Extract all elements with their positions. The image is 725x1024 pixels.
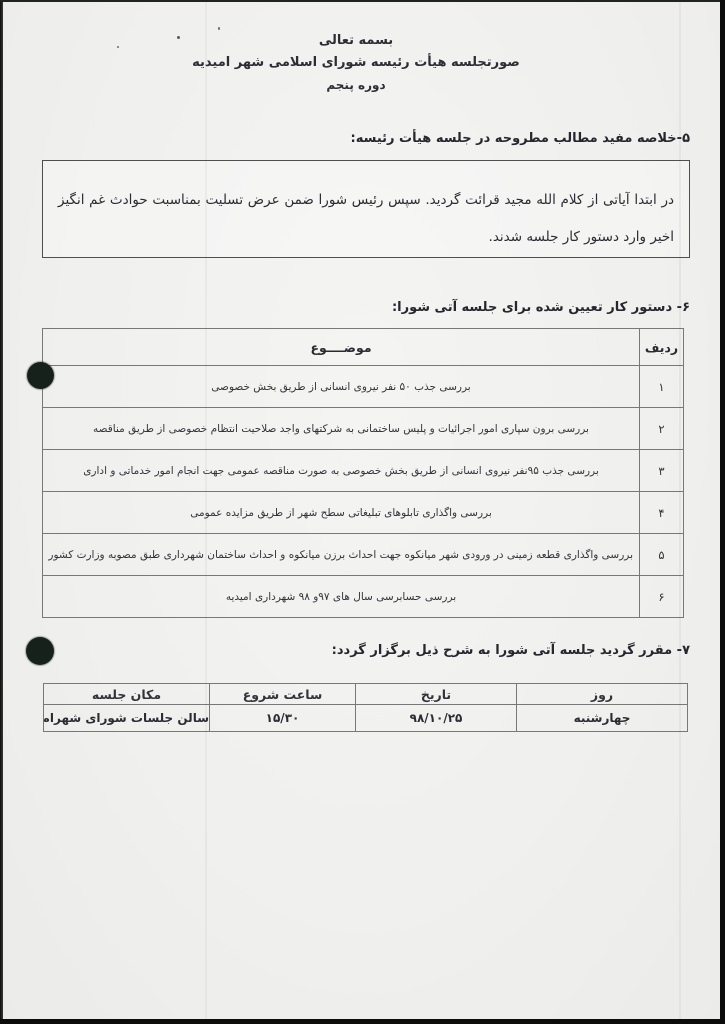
- schedule-col-place: مکان جلسه: [44, 684, 210, 705]
- schedule-col-date: تاریخ: [356, 684, 517, 705]
- document-header: بسمه تعالی صورتجلسه هیأت رئیسه شورای اسل…: [0, 30, 712, 96]
- schedule-header-row: روز تاریخ ساعت شروع مکان جلسه: [44, 684, 688, 705]
- schedule-value-row: چهارشنبه ۹۸/۱۰/۲۵ ۱۵/۳۰ سالن جلسات شورای…: [44, 705, 688, 732]
- summary-box: در ابتدا آیاتی از کلام الله مجید قرائت گ…: [42, 160, 690, 258]
- section7-heading: ۷- مقرر گردید جلسه آتی شورا به شرح ذیل ب…: [332, 643, 690, 658]
- agenda-row-number: ۲: [640, 408, 684, 450]
- schedule-day: چهارشنبه: [517, 705, 688, 732]
- table-row: ۲ بررسی برون سپاری امور اجرائیات و پلیس …: [43, 408, 684, 450]
- agenda-row-number: ۴: [640, 492, 684, 534]
- table-row: ۵ بررسی واگذاری قطعه زمینی در ورودی شهر …: [43, 534, 684, 576]
- table-row: ۱ بررسی جذب ۵۰ نفر نیروی انسانی از طریق …: [43, 366, 684, 408]
- agenda-row-subject: بررسی واگذاری قطعه زمینی در ورودی شهر می…: [43, 534, 640, 576]
- scan-speck: [218, 27, 220, 30]
- schedule-date: ۹۸/۱۰/۲۵: [356, 705, 517, 732]
- scan-edge-bottom: [0, 1019, 725, 1024]
- summary-paragraph: در ابتدا آیاتی از کلام الله مجید قرائت گ…: [43, 161, 689, 256]
- bismillah-line: بسمه تعالی: [0, 30, 712, 52]
- scan-edge-top: [0, 0, 725, 2]
- schedule-place: سالن جلسات شورای شهرامیدیه: [44, 705, 210, 732]
- section6-heading: ۶- دستور کار تعیین شده برای جلسه آتی شور…: [392, 300, 690, 315]
- agenda-row-subject: بررسی واگذاری تابلوهای تبلیغاتی سطح شهر …: [43, 492, 640, 534]
- scan-speck: [117, 46, 119, 48]
- scan-edge-left: [0, 0, 3, 1024]
- agenda-row-number: ۳: [640, 450, 684, 492]
- schedule-col-day: روز: [517, 684, 688, 705]
- punch-hole-mark: [27, 362, 54, 389]
- table-row: ۳ بررسی جذب ۹۵نفر نیروی انسانی از طریق ب…: [43, 450, 684, 492]
- document-title: صورتجلسه هیأت رئیسه شورای اسلامی شهر امی…: [0, 52, 712, 74]
- scanned-document-page: بسمه تعالی صورتجلسه هیأت رئیسه شورای اسل…: [0, 0, 725, 1024]
- schedule-table: روز تاریخ ساعت شروع مکان جلسه چهارشنبه ۹…: [43, 683, 688, 732]
- agenda-row-number: ۱: [640, 366, 684, 408]
- agenda-table: ردیف موضــــوع ۱ بررسی جذب ۵۰ نفر نیروی …: [42, 328, 684, 618]
- table-row: ۴ بررسی واگذاری تابلوهای تبلیغاتی سطح شه…: [43, 492, 684, 534]
- agenda-row-subject: بررسی برون سپاری امور اجرائیات و پلیس سا…: [43, 408, 640, 450]
- agenda-col-subject: موضــــوع: [43, 329, 640, 366]
- agenda-row-number: ۵: [640, 534, 684, 576]
- agenda-row-subject: بررسی حسابرسی سال های ۹۷و ۹۸ شهرداری امی…: [43, 576, 640, 618]
- scan-edge-right: [720, 0, 725, 1024]
- schedule-col-time: ساعت شروع: [210, 684, 356, 705]
- agenda-col-radif: ردیف: [640, 329, 684, 366]
- scan-speck: [177, 36, 180, 39]
- term-line: دوره پنجم: [0, 74, 712, 96]
- section5-heading: ۵-خلاصه مفید مطالب مطروحه در جلسه هیأت ر…: [351, 131, 690, 146]
- punch-hole-mark: [26, 637, 54, 665]
- agenda-header-row: ردیف موضــــوع: [43, 329, 684, 366]
- agenda-row-subject: بررسی جذب ۵۰ نفر نیروی انسانی از طریق بخ…: [43, 366, 640, 408]
- table-row: ۶ بررسی حسابرسی سال های ۹۷و ۹۸ شهرداری ا…: [43, 576, 684, 618]
- schedule-time: ۱۵/۳۰: [210, 705, 356, 732]
- agenda-row-number: ۶: [640, 576, 684, 618]
- agenda-row-subject: بررسی جذب ۹۵نفر نیروی انسانی از طریق بخش…: [43, 450, 640, 492]
